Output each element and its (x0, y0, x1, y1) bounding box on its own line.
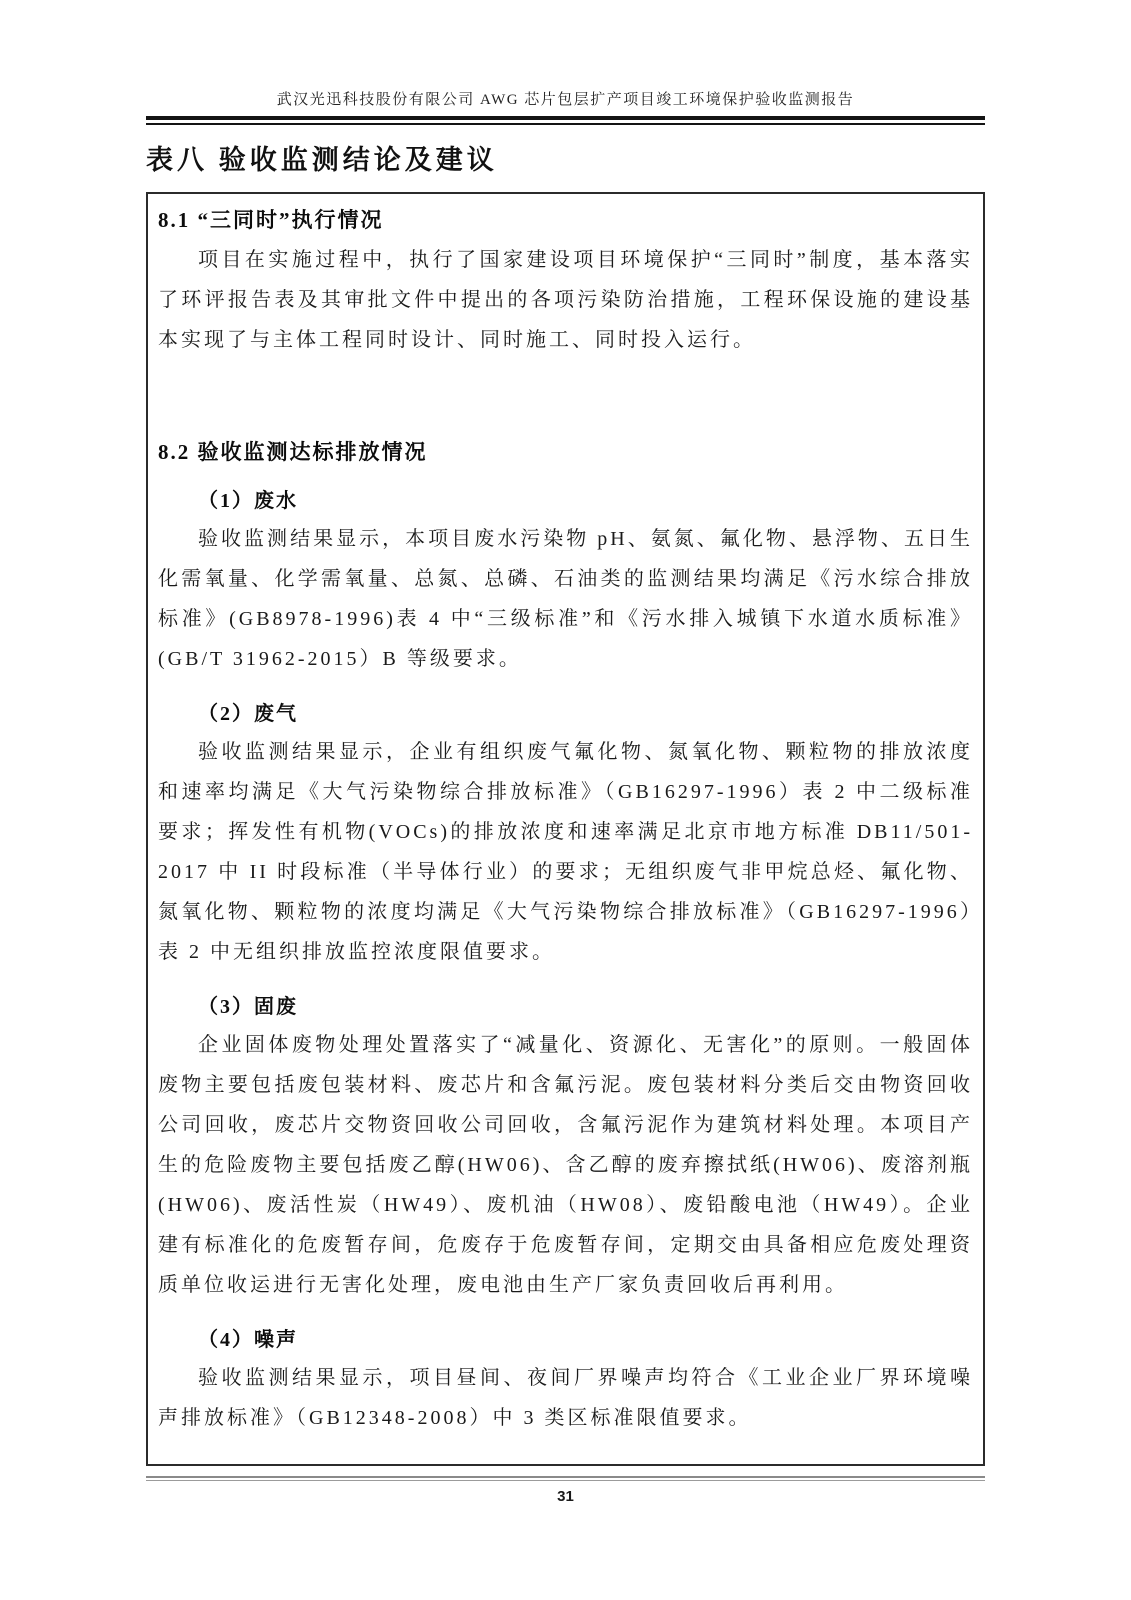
subsection-wastewater-paragraph: 验收监测结果显示，本项目废水污染物 pH、氨氮、氟化物、悬浮物、五日生化需氧量、… (158, 519, 973, 679)
subsection-noise: （4）噪声 验收监测结果显示，项目昼间、夜间厂界噪声均符合《工业企业厂界环境噪声… (158, 1323, 973, 1438)
document-header-title: 武汉光迅科技股份有限公司 AWG 芯片包层扩产项目竣工环境保护验收监测报告 (146, 0, 985, 109)
page-title: 表八 验收监测结论及建议 (146, 138, 985, 177)
subsection-waste-gas: （2）废气 验收监测结果显示，企业有组织废气氟化物、氮氧化物、颗粒物的排放浓度和… (158, 697, 973, 972)
conclusion-box: 8.1 “三同时”执行情况 项目在实施过程中，执行了国家建设项目环境保护“三同时… (146, 192, 985, 1466)
section-8-2-heading: 8.2 验收监测达标排放情况 (158, 436, 973, 466)
subsection-solid-waste-paragraph: 企业固体废物处理处置落实了“减量化、资源化、无害化”的原则。一般固体废物主要包括… (158, 1025, 973, 1305)
subsection-solid-waste: （3）固废 企业固体废物处理处置落实了“减量化、资源化、无害化”的原则。一般固体… (158, 990, 973, 1305)
subsection-wastewater-heading: （1）废水 (198, 484, 973, 513)
section-8-1-heading: 8.1 “三同时”执行情况 (158, 204, 973, 234)
subsection-wastewater: （1）废水 验收监测结果显示，本项目废水污染物 pH、氨氮、氟化物、悬浮物、五日… (158, 484, 973, 679)
page-number: 31 (146, 1488, 985, 1505)
subsection-waste-gas-heading: （2）废气 (198, 697, 973, 726)
footer-double-rule (146, 1476, 985, 1481)
subsection-noise-heading: （4）噪声 (198, 1323, 973, 1352)
section-8-1: 8.1 “三同时”执行情况 项目在实施过程中，执行了国家建设项目环境保护“三同时… (158, 204, 973, 360)
header-double-rule (146, 116, 985, 125)
section-8-1-paragraph: 项目在实施过程中，执行了国家建设项目环境保护“三同时”制度，基本落实了环评报告表… (158, 240, 973, 360)
subsection-noise-paragraph: 验收监测结果显示，项目昼间、夜间厂界噪声均符合《工业企业厂界环境噪声排放标准》（… (158, 1358, 973, 1438)
report-page: 武汉光迅科技股份有限公司 AWG 芯片包层扩产项目竣工环境保护验收监测报告 表八… (0, 0, 1131, 1600)
subsection-waste-gas-paragraph: 验收监测结果显示，企业有组织废气氟化物、氮氧化物、颗粒物的排放浓度和速率均满足《… (158, 732, 973, 972)
section-gap (158, 360, 973, 430)
subsection-solid-waste-heading: （3）固废 (198, 990, 973, 1019)
section-8-2: 8.2 验收监测达标排放情况 （1）废水 验收监测结果显示，本项目废水污染物 p… (158, 436, 973, 1438)
